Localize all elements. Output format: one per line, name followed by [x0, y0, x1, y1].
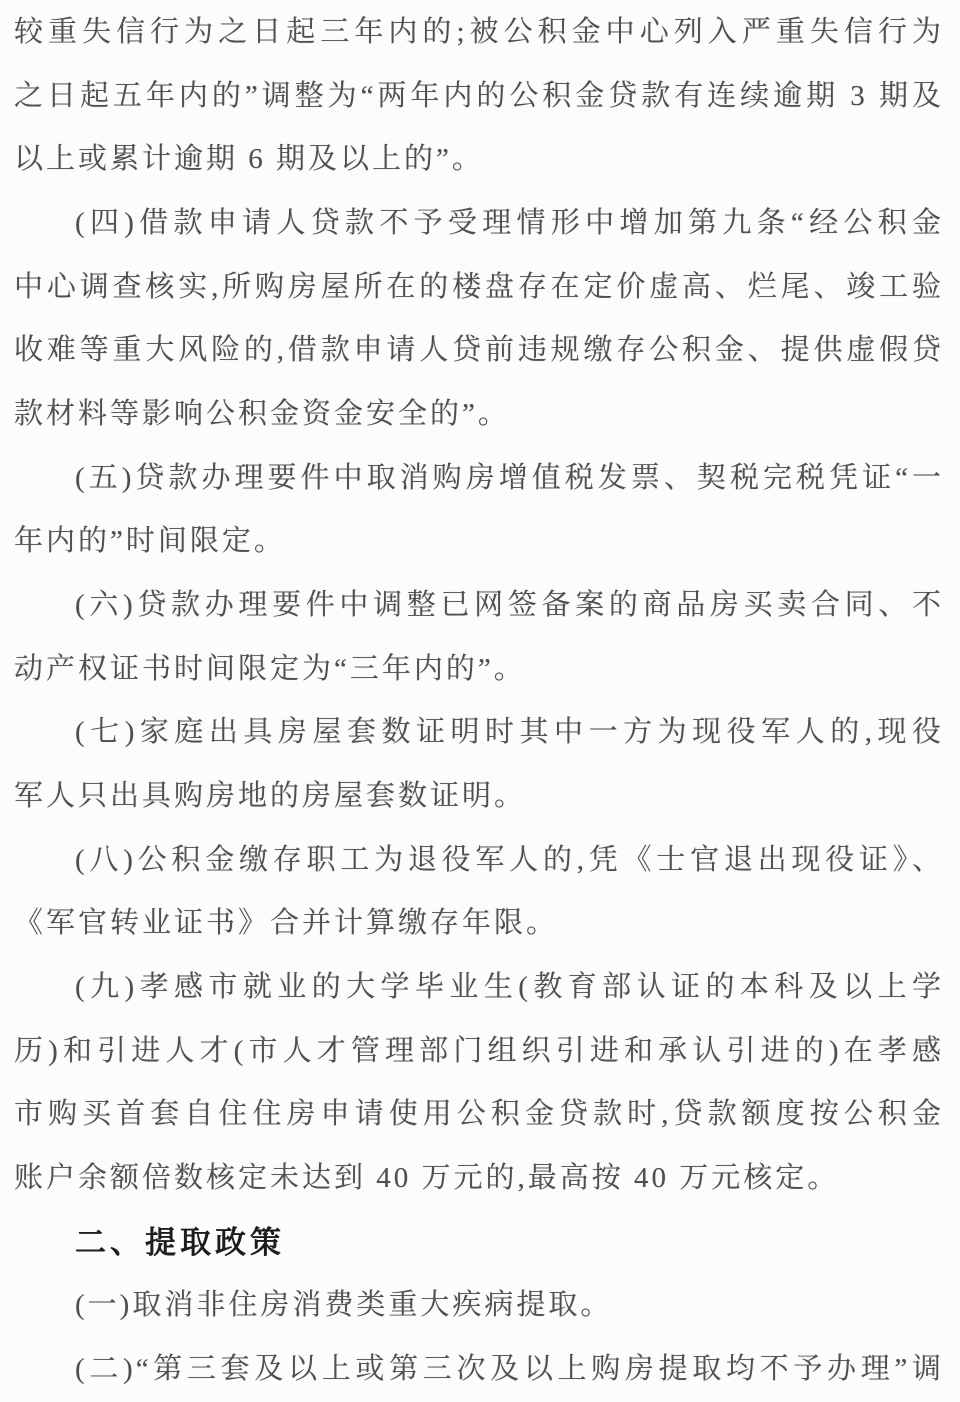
item-seven-line-1: (七)家庭出具房屋套数证明时其中一方为现役军人的,现役 — [14, 701, 944, 765]
item-five-line-2: 年内的”时间限定。 — [14, 510, 944, 574]
item-seven-line-2: 军人只出具购房地的房屋套数证明。 — [14, 765, 944, 829]
item-six-line-1: (六)贷款办理要件中调整已网签备案的商品房买卖合同、不 — [14, 574, 944, 638]
item-five-line-1: (五)贷款办理要件中取消购房增值税发票、契税完税凭证“一 — [14, 447, 944, 511]
item-four-line-4: 款材料等影响公积金资金安全的”。 — [14, 383, 944, 447]
item-nine-line-2: 历)和引进人才(市人才管理部门组织引进和承认引进的)在孝感 — [14, 1020, 944, 1084]
continued-paragraph-line-2: 之日起五年内的”调整为“两年内的公积金贷款有连续逾期 3 期及 — [14, 65, 944, 129]
document-page: 较重失信行为之日起三年内的;被公积金中心列入严重失信行为 之日起五年内的”调整为… — [0, 0, 960, 1402]
item-six-line-2: 动产权证书时间限定为“三年内的”。 — [14, 638, 944, 702]
section-two-item-one-line-1: (一)取消非住房消费类重大疾病提取。 — [14, 1274, 944, 1338]
item-four-line-1: (四)借款申请人贷款不予受理情形中增加第九条“经公积金 — [14, 192, 944, 256]
continued-paragraph-line-3: 以上或累计逾期 6 期及以上的”。 — [14, 128, 944, 192]
section-two-item-two-line-1: (二)“第三套及以上或第三次及以上购房提取均不予办理”调 — [14, 1338, 944, 1402]
item-nine-line-1: (九)孝感市就业的大学毕业生(教育部认证的本科及以上学 — [14, 956, 944, 1020]
item-four-line-2: 中心调查核实,所购房屋所在的楼盘存在定价虚高、烂尾、竣工验 — [14, 256, 944, 320]
item-nine-line-3: 市购买首套自住住房申请使用公积金贷款时,贷款额度按公积金 — [14, 1083, 944, 1147]
item-nine-line-4: 账户余额倍数核定未达到 40 万元的,最高按 40 万元核定。 — [14, 1147, 944, 1211]
section-two-heading: 二、提取政策 — [14, 1211, 944, 1275]
item-eight-line-1: (八)公积金缴存职工为退役军人的,凭《士官退出现役证》、 — [14, 829, 944, 893]
item-four-line-3: 收难等重大风险的,借款申请人贷前违规缴存公积金、提供虚假贷 — [14, 319, 944, 383]
item-eight-line-2: 《军官转业证书》合并计算缴存年限。 — [14, 892, 944, 956]
continued-paragraph-line-1: 较重失信行为之日起三年内的;被公积金中心列入严重失信行为 — [14, 1, 944, 65]
